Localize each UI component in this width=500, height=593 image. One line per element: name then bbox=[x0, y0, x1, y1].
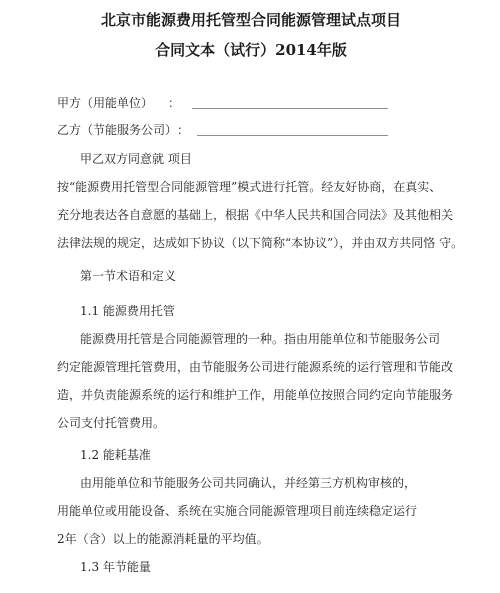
contract-document-page: 北京市能源费用托管型合同能源管理试点项目 合同文本（试行）2014年版 甲方（用… bbox=[0, 0, 500, 593]
clause-1-2-text-line-2: 用能单位或用能设备、系统在实施合同能源管理项目前连续稳定运行 bbox=[57, 497, 445, 525]
party-b-blank-line bbox=[197, 122, 388, 136]
clause-1-1-heading: 1.1 能源费用托管 bbox=[57, 297, 445, 325]
document-body: 甲乙双方同意就 项目 按“能源费用托管型合同能源管理”模式进行托管。经友好协商，… bbox=[57, 145, 445, 581]
party-b-colon: ： bbox=[177, 122, 189, 138]
clause-1-2-text-line-3: 2年（含）以上的能源消耗量的平均值。 bbox=[57, 525, 445, 553]
clause-1-1-text-line-3: 造，并负责能源系统的运行和维护工作，用能单位按照合同约定向节能服务 bbox=[57, 381, 445, 409]
party-a-blank-line bbox=[192, 95, 388, 109]
section-1-heading: 第一节术语和定义 bbox=[57, 262, 445, 290]
document-title-line1: 北京市能源费用托管型合同能源管理试点项目 bbox=[57, 12, 445, 29]
preamble-line-2: 充分地表达各自意愿的基础上，根据《中华人民共和国合同法》及其他相关 bbox=[57, 201, 445, 229]
parties-section: 甲方（用能单位） ： 乙方（节能服务公司） ： bbox=[57, 95, 388, 149]
party-b-label: 乙方（节能服务公司） bbox=[57, 122, 177, 138]
clause-1-2-heading: 1.2 能耗基准 bbox=[57, 441, 445, 469]
party-a-label: 甲方（用能单位） bbox=[57, 95, 168, 111]
preamble-line-1: 按“能源费用托管型合同能源管理”模式进行托管。经友好协商，在真实、 bbox=[57, 173, 445, 201]
agreement-intro-line: 甲乙双方同意就 项目 bbox=[57, 145, 445, 173]
clause-1-1-text-line-2: 约定能源管理托管费用，由节能服务公司进行能源系统的运行管理和节能改 bbox=[57, 353, 445, 381]
document-title-line2: 合同文本（试行）2014年版 bbox=[57, 42, 445, 59]
document-content: 北京市能源费用托管型合同能源管理试点项目 合同文本（试行）2014年版 甲方（用… bbox=[0, 0, 500, 581]
party-a-row: 甲方（用能单位） ： bbox=[57, 95, 388, 122]
party-a-colon: ： bbox=[168, 95, 180, 111]
clause-1-3-heading: 1.3 年节能量 bbox=[57, 553, 445, 581]
preamble-line-3: 法律法规的规定，达成如下协议（以下简称“本协议”），并由双方共同恪 守。 bbox=[57, 229, 445, 257]
clause-1-2-text-line-1: 由用能单位和节能服务公司共同确认，并经第三方机构审核的， bbox=[57, 469, 445, 497]
clause-1-1-text-line-1: 能源费用托管是合同能源管理的一种。指由用能单位和节能服务公司 bbox=[57, 325, 445, 353]
clause-1-1-text-line-4: 公司支付托管费用。 bbox=[57, 409, 445, 437]
